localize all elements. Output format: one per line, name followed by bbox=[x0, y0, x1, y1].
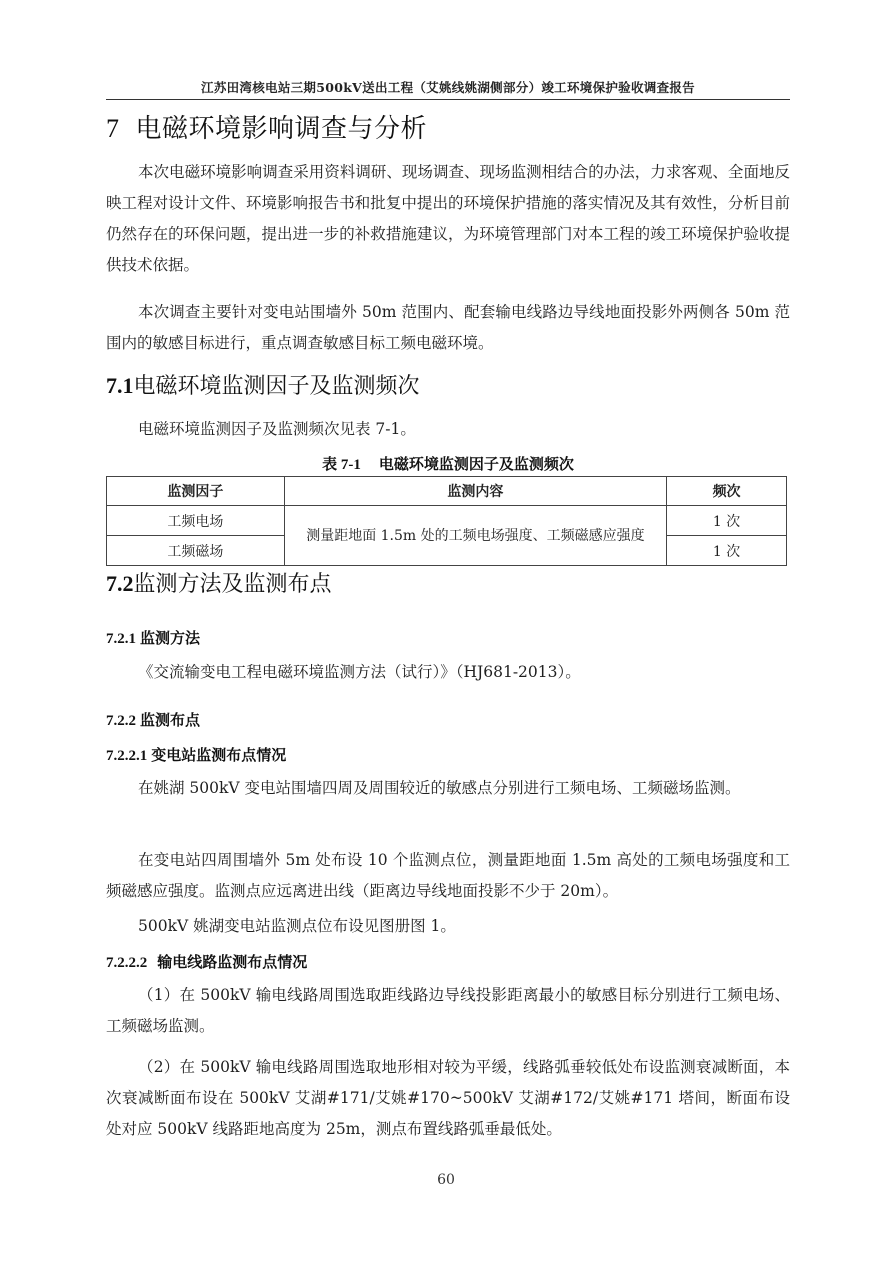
section-number: 7.2 bbox=[106, 571, 134, 596]
chapter-title: 电磁环境影响调查与分析 bbox=[136, 114, 428, 144]
document-page: 江苏田湾核电站三期500kV送出工程（艾姚线姚湖侧部分）竣工环境保护验收调查报告… bbox=[0, 0, 892, 1263]
subsection-7-2-1-heading: 7.2.1监测方法 bbox=[106, 627, 200, 648]
intro-paragraph-2: 本次调查主要针对变电站围墙外 50m 范围内、配套输电线路边导线地面投影外两侧各… bbox=[106, 297, 790, 359]
table-header-row: 监测因子 监测内容 频次 bbox=[107, 477, 787, 506]
line-paragraph-2: （2）在 500kV 输电线路周围选取地形相对较为平缓，线路弧垂较低处布设监测衰… bbox=[106, 1052, 790, 1145]
cell-factor: 工频磁场 bbox=[107, 536, 285, 566]
cell-frequency: 1 次 bbox=[667, 536, 787, 566]
intro-paragraph-1: 本次电磁环境影响调查采用资料调研、现场调查、现场监测相结合的办法，力求客观、全面… bbox=[106, 157, 790, 281]
chapter-heading: 7电磁环境影响调查与分析 bbox=[106, 108, 427, 145]
subsection-7-2-1-paragraph: 《交流输变电工程电磁环境监测方法（试行）》（HJ681-2013）。 bbox=[106, 657, 790, 688]
section-7-1-heading: 7.1电磁环境监测因子及监测频次 bbox=[106, 369, 420, 400]
page-number: 60 bbox=[0, 1172, 892, 1188]
subsection-title: 变电站监测布点情况 bbox=[151, 746, 286, 764]
running-header: 江苏田湾核电站三期500kV送出工程（艾姚线姚湖侧部分）竣工环境保护验收调查报告 bbox=[106, 78, 790, 96]
table-caption-number: 表 7-1 bbox=[322, 457, 361, 473]
table-caption: 表 7-1电磁环境监测因子及监测频次 bbox=[106, 453, 790, 474]
header-factor: 监测因子 bbox=[107, 477, 285, 506]
table-caption-title: 电磁环境监测因子及监测频次 bbox=[379, 455, 574, 473]
section-title: 监测方法及监测布点 bbox=[134, 572, 332, 597]
subsection-title: 输电线路监测布点情况 bbox=[157, 953, 307, 971]
subsection-number: 7.2.1 bbox=[106, 631, 136, 647]
subsection-7-2-2-1-heading: 7.2.2.1变电站监测布点情况 bbox=[106, 744, 286, 765]
subsection-title: 监测方法 bbox=[140, 629, 200, 647]
subsection-title: 监测布点 bbox=[140, 711, 200, 729]
section-7-1-paragraph: 电磁环境监测因子及监测频次见表 7-1。 bbox=[106, 414, 790, 445]
section-number: 7.1 bbox=[106, 373, 134, 398]
subsection-number: 7.2.2.1 bbox=[106, 748, 147, 764]
subsection-number: 7.2.2.2 bbox=[106, 955, 147, 971]
monitoring-table: 监测因子 监测内容 频次 工频电场 测量距地面 1.5m 处的工频电场强度、工频… bbox=[106, 476, 787, 566]
chapter-number: 7 bbox=[106, 114, 120, 143]
substation-paragraph-2: 在变电站四周围墙外 5m 处布设 10 个监测点位，测量距地面 1.5m 高处的… bbox=[106, 845, 790, 907]
section-7-2-heading: 7.2监测方法及监测布点 bbox=[106, 567, 332, 598]
cell-factor: 工频电场 bbox=[107, 506, 285, 536]
section-title: 电磁环境监测因子及监测频次 bbox=[134, 374, 420, 399]
subsection-number: 7.2.2 bbox=[106, 713, 136, 729]
substation-paragraph-1: 在姚湖 500kV 变电站围墙四周及周围较近的敏感点分别进行工频电场、工频磁场监… bbox=[106, 773, 790, 804]
cell-frequency: 1 次 bbox=[667, 506, 787, 536]
subsection-7-2-2-2-heading: 7.2.2.2输电线路监测布点情况 bbox=[106, 951, 307, 972]
header-divider bbox=[106, 99, 790, 100]
cell-content-merged: 测量距地面 1.5m 处的工频电场强度、工频磁感应强度 bbox=[284, 506, 666, 566]
substation-paragraph-3: 500kV 姚湖变电站监测点位布设见图册图 1。 bbox=[106, 911, 790, 942]
table-row: 工频电场 测量距地面 1.5m 处的工频电场强度、工频磁感应强度 1 次 bbox=[107, 506, 787, 536]
subsection-7-2-2-heading: 7.2.2监测布点 bbox=[106, 709, 200, 730]
header-frequency: 频次 bbox=[667, 477, 787, 506]
header-content: 监测内容 bbox=[284, 477, 666, 506]
line-paragraph-1: （1）在 500kV 输电线路周围选取距线路边导线投影距离最小的敏感目标分别进行… bbox=[106, 980, 790, 1042]
